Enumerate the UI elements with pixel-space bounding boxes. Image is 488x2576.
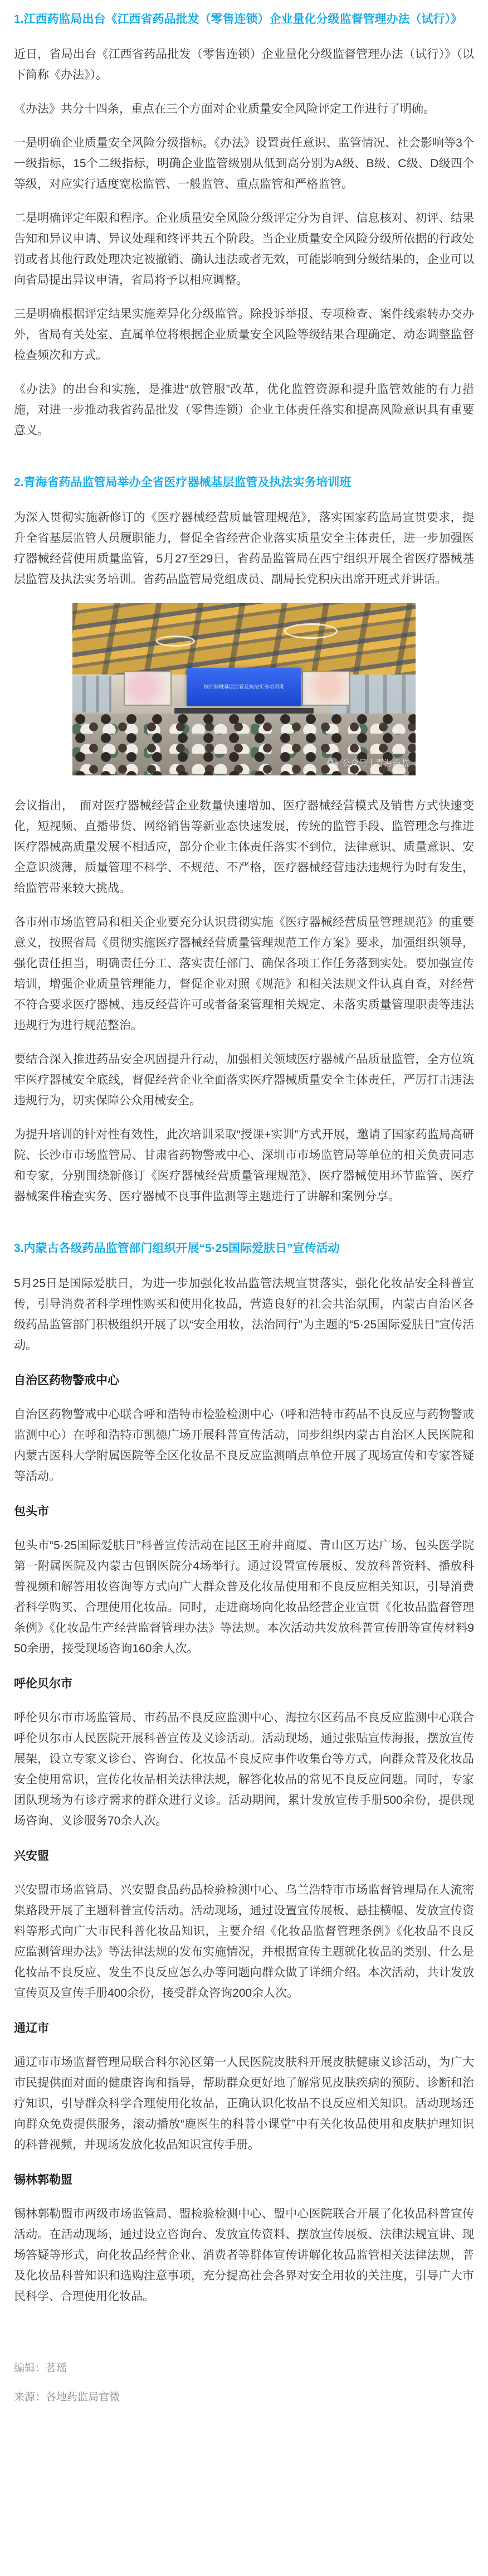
subsection-heading: 呼伦贝尔市 <box>14 1673 474 1694</box>
photo-ceiling <box>72 603 416 675</box>
section-title: 1.江西药监局出台《江西省药品批发（零售连锁）企业量化分级监督管理办法（试行）》 <box>14 9 474 30</box>
section-title: 3.内蒙古各级药品监管部门组织开展“5·25国际爱肤日”宣传活动 <box>14 1238 474 1259</box>
paragraph: 锡林郭勒盟市两级市场监管局、盟检验检测中心、盟中心医院联合开展了化妆品科普宣传活… <box>14 2204 474 2307</box>
photo-watermark: 公众号丨青海药监 <box>327 757 409 769</box>
source-line: 来源：各地药监局官微 <box>14 2389 474 2406</box>
page: 1.江西药监局出台《江西省药品批发（零售连锁）企业量化分级监督管理办法（试行）》… <box>0 0 488 2429</box>
subsection-heading: 通辽市 <box>14 2018 474 2039</box>
paragraph: 各市州市场监管局和相关企业要充分认识贯彻实施《医疗器械经营质量管理规范》的重要意… <box>14 912 474 1036</box>
paragraph: 兴安盟市场监管局、兴安盟食品药品检验检测中心、乌兰浩特市市场监督管理局在人流密集… <box>14 1880 474 2003</box>
paragraph: 5月25日是国际爱肤日，为进一步加强化妆品监管法规宣贯落实，强化化妆品安全科普宣… <box>14 1273 474 1356</box>
subsection-heading: 自治区药物警戒中心 <box>14 1370 474 1391</box>
article-footer: 编辑：茗瑶 来源：各地药监局官微 <box>0 2360 488 2429</box>
article-body: 1.江西药监局出台《江西省药品批发（零售连锁）企业量化分级监督管理办法（试行）》… <box>0 0 488 2331</box>
paragraph: 一是明确企业质量安全风险分级指标。《办法》设置责任意识、监管情况、社会影响等3个… <box>14 133 474 195</box>
paragraph: 二是明确评定年限和程序。企业质量安全风险分级评定分为自评、信息核对、初评、结果告… <box>14 208 474 290</box>
paragraph: 包头市“5·25国际爱肤日”科普宣传活动在昆区王府井商厦、青山区万达广场、包头医… <box>14 1535 474 1659</box>
paragraph: 三是明确根据评定结果实施差异化分级监管。除投诉举报、专项检查、案件线索转办交办外… <box>14 304 474 366</box>
paragraph: 要结合深入推进药品安全巩固提升行动，加强相关领域医疗器械产品质量监管，全方位筑牢… <box>14 1049 474 1111</box>
subsection-heading: 兴安盟 <box>14 1846 474 1866</box>
projection-screen: 医疗器械基层监管及执法实务培训班 <box>187 668 301 706</box>
photo-watermark-text: 公众号丨青海药监 <box>342 757 409 769</box>
speakers-table <box>174 708 314 714</box>
projection-screen-text: 医疗器械基层监管及执法实务培训班 <box>198 683 290 690</box>
subsection-heading: 包头市 <box>14 1501 474 1522</box>
wechat-icon <box>327 758 338 769</box>
editor-line: 编辑：茗瑶 <box>14 2360 474 2377</box>
paragraph: 为提升培训的针对性有效性，此次培训采取“授课+实训”方式开展，邀请了国家药监局高… <box>14 1124 474 1207</box>
paragraph: 《办法》共分十四条，重点在三个方面对企业质量安全风险评定工作进行了明确。 <box>14 99 474 119</box>
paragraph: 为深入贯彻实施新修订的《医疗器械经营质量管理规范》，落实国家药监局宣贯要求，提升… <box>14 507 474 590</box>
wall-art-panel <box>302 671 350 706</box>
conference-photo: 医疗器械基层监管及执法实务培训班 公众号丨青海药监 <box>72 603 416 775</box>
wall-art-panel <box>124 671 172 706</box>
paragraph: 近日，省局出台《江西省药品批发（零售连锁）企业量化分级监督管理办法（试行）》（以… <box>14 44 474 85</box>
section-title: 2.青海省药品监管局举办全省医疗器械基层监管及执法实务培训班 <box>14 472 474 493</box>
paragraph: 通辽市市场监督管理局联合科尔沁区第一人民医院皮肤科开展皮肤健康义诊活动，为广大市… <box>14 2052 474 2155</box>
paragraph: 《办法》的出台和实施，是推进“放管服”改革，优化监管资源和提升监管效能的有力措施… <box>14 379 474 441</box>
photo-frame: 医疗器械基层监管及执法实务培训班 公众号丨青海药监 <box>72 603 416 775</box>
paragraph: 呼伦贝尔市市场监管局、市药品不良反应监测中心、海拉尔区药品不良反应监测中心联合呼… <box>14 1707 474 1831</box>
subsection-heading: 锡林郭勒盟 <box>14 2170 474 2190</box>
paragraph: 会议指出， 面对医疗器械经营企业数量快速增加、医疗器械经营模式及销售方式快速变化… <box>14 795 474 899</box>
paragraph: 自治区药物警戒中心联合呼和浩特市检验检测中心（呼和浩特市药品不良反应与药物警戒监… <box>14 1404 474 1487</box>
photo-windows-left <box>72 676 111 712</box>
ceiling-light-ring <box>156 635 195 647</box>
ceiling-light-ring <box>284 623 338 639</box>
